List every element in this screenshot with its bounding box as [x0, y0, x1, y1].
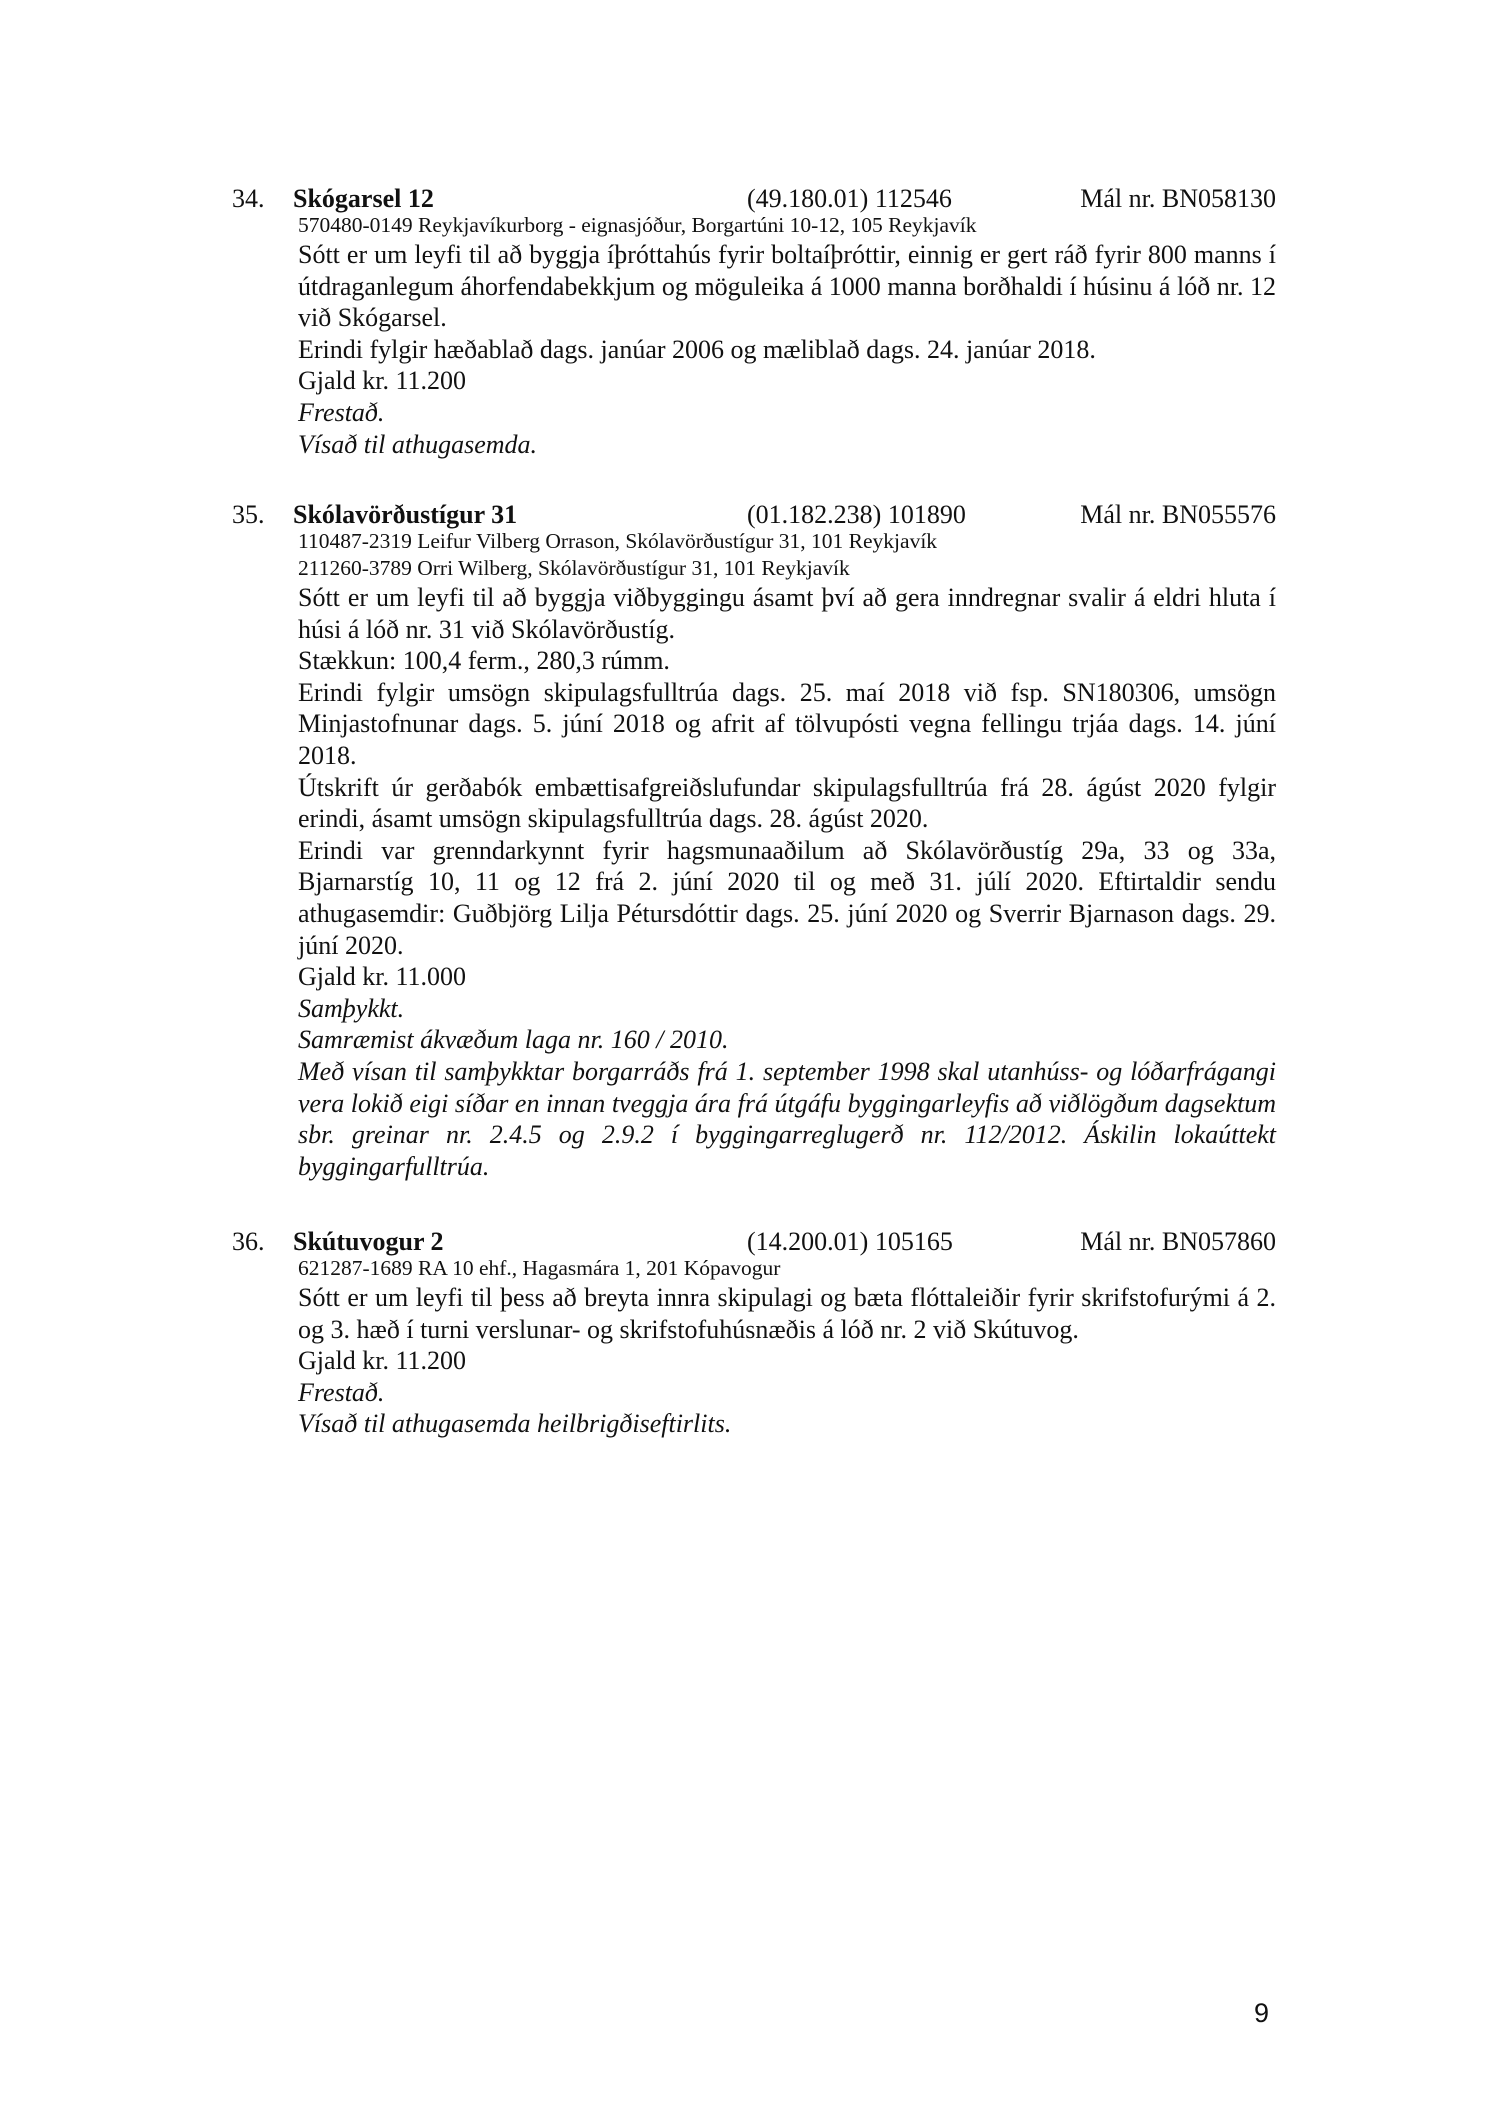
entry-address: Skútuvogur 2 — [293, 1227, 444, 1257]
entry-address: Skógarsel 12 — [293, 184, 434, 214]
document-page: 34. Skógarsel 12 (49.180.01) 112546 Mál … — [0, 0, 1500, 2122]
entry-number: 34. — [232, 184, 265, 214]
entry-body: Sótt er um leyfi til þess að breyta innr… — [298, 1282, 1276, 1440]
entry-owner: 570480-0149 Reykjavíkurborg - eignasjóðu… — [298, 212, 1276, 239]
entry-header: 34. Skógarsel 12 (49.180.01) 112546 Mál … — [232, 184, 1276, 214]
entry-paragraph: Stækkun: 100,4 ferm., 280,3 rúmm. — [298, 645, 1276, 677]
entry-case-number: Mál nr. BN058130 — [1080, 184, 1276, 214]
entry-decision: Vísað til athugasemda heilbrigðiseftirli… — [298, 1408, 1276, 1440]
entry-body: Sótt er um leyfi til að byggja viðbyggin… — [298, 582, 1276, 1182]
entry-decision: Samræmist ákvæðum laga nr. 160 / 2010. — [298, 1024, 1276, 1056]
entry-paragraph: Sótt er um leyfi til að byggja íþróttahú… — [298, 239, 1276, 334]
entry-fee: Gjald kr. 11.200 — [298, 365, 1276, 397]
entry-paragraph: Erindi fylgir umsögn skipulagsfulltrúa d… — [298, 677, 1276, 772]
entry-address: Skólavörðustígur 31 — [293, 500, 517, 530]
case-entry: 36. Skútuvogur 2 (14.200.01) 105165 Mál … — [232, 1227, 1276, 1440]
entry-case-number: Mál nr. BN057860 — [1080, 1227, 1276, 1257]
entry-owner: 621287-1689 RA 10 ehf., Hagasmára 1, 201… — [298, 1255, 1276, 1282]
entry-number: 35. — [232, 500, 265, 530]
entry-paragraph: Erindi var grenndarkynnt fyrir hagsmunaa… — [298, 835, 1276, 961]
entry-paragraph: Erindi fylgir hæðablað dags. janúar 2006… — [298, 334, 1276, 366]
entry-case-number: Mál nr. BN055576 — [1080, 500, 1276, 530]
entry-decision: Frestað. — [298, 1377, 1276, 1409]
entry-owner: 211260-3789 Orri Wilberg, Skólavörðustíg… — [298, 555, 1276, 582]
entry-fee: Gjald kr. 11.000 — [298, 961, 1276, 993]
entry-decision: Með vísan til samþykktar borgarráðs frá … — [298, 1056, 1276, 1182]
entry-paragraph: Sótt er um leyfi til þess að breyta innr… — [298, 1282, 1276, 1345]
case-entry: 35. Skólavörðustígur 31 (01.182.238) 101… — [232, 500, 1276, 1182]
entry-decision: Vísað til athugasemda. — [298, 429, 1276, 461]
entry-header: 36. Skútuvogur 2 (14.200.01) 105165 Mál … — [232, 1227, 1276, 1257]
entry-number: 36. — [232, 1227, 265, 1257]
entry-owner: 110487-2319 Leifur Vilberg Orrason, Skól… — [298, 528, 1276, 555]
entry-fee: Gjald kr. 11.200 — [298, 1345, 1276, 1377]
entry-decision: Samþykkt. — [298, 993, 1276, 1025]
entry-paragraph: Útskrift úr gerðabók embættisafgreiðsluf… — [298, 772, 1276, 835]
entry-parcel: (49.180.01) 112546 — [747, 184, 952, 214]
entry-body: Sótt er um leyfi til að byggja íþróttahú… — [298, 239, 1276, 460]
entry-decision: Frestað. — [298, 397, 1276, 429]
case-entry: 34. Skógarsel 12 (49.180.01) 112546 Mál … — [232, 184, 1276, 460]
entry-paragraph: Sótt er um leyfi til að byggja viðbyggin… — [298, 582, 1276, 645]
entry-parcel: (14.200.01) 105165 — [747, 1227, 953, 1257]
page-number: 9 — [1254, 1998, 1269, 2029]
entry-header: 35. Skólavörðustígur 31 (01.182.238) 101… — [232, 500, 1276, 530]
entry-parcel: (01.182.238) 101890 — [747, 500, 966, 530]
